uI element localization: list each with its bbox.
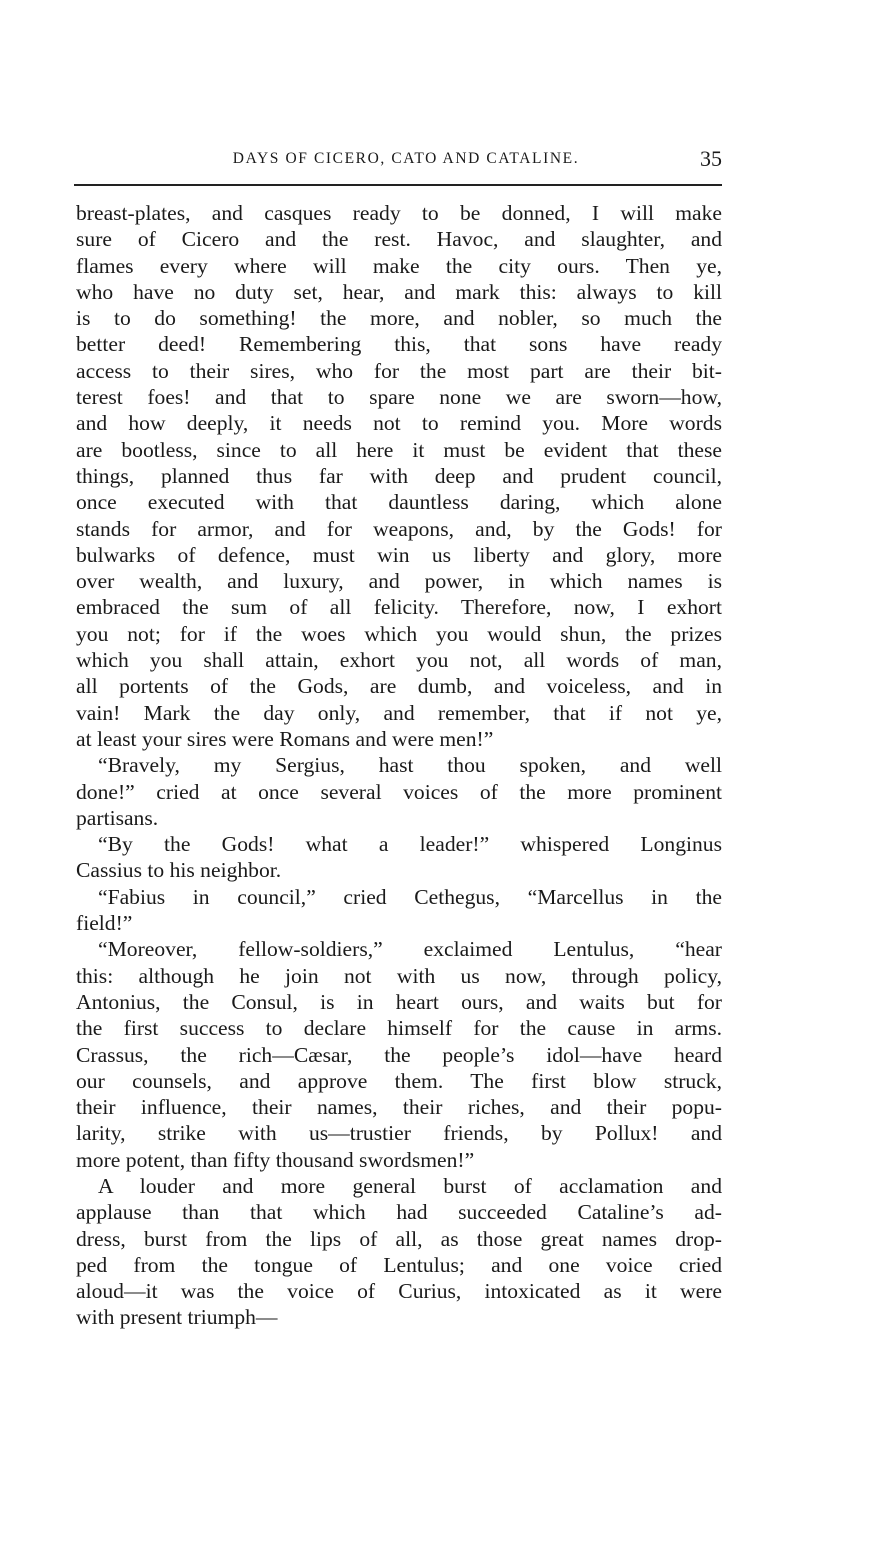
paragraph-bravely: “Bravely, my Sergius, hast thou spoken, … — [76, 752, 722, 831]
text-line: our counsels, and approve them. The firs… — [76, 1068, 722, 1094]
text-line: dress, burst from the lips of all, as th… — [76, 1226, 722, 1252]
text-line: better deed! Remembering this, that sons… — [76, 331, 722, 357]
text-line: access to their sires, who for the most … — [76, 358, 722, 384]
text-line: embraced the sum of all felicity. Theref… — [76, 594, 722, 620]
text-line: stands for armor, and for weapons, and, … — [76, 516, 722, 542]
paragraph-acclamation: A louder and more general burst of accla… — [76, 1173, 722, 1331]
text-line: “By the Gods! what a leader!” whispered … — [76, 831, 722, 857]
text-line: over wealth, and luxury, and power, in w… — [76, 568, 722, 594]
text-line: who have no duty set, hear, and mark thi… — [76, 279, 722, 305]
text-line: bulwarks of defence, must win us liberty… — [76, 542, 722, 568]
paragraph-by-the-gods: “By the Gods! what a leader!” whispered … — [76, 831, 722, 884]
text-line: once executed with that dauntless daring… — [76, 489, 722, 515]
text-line: A louder and more general burst of accla… — [76, 1173, 722, 1199]
text-line: Cassius to his neighbor. — [76, 857, 722, 883]
header-rule — [74, 184, 722, 186]
text-line: larity, strike with us—trustier friends,… — [76, 1120, 722, 1146]
page-number: 35 — [700, 146, 722, 172]
paragraph-fabius: “Fabius in council,” cried Cethegus, “Ma… — [76, 884, 722, 937]
running-title: DAYS OF CICERO, CATO AND CATALINE. — [76, 150, 722, 168]
text-line: all portents of the Gods, are dumb, and … — [76, 673, 722, 699]
text-line: “Bravely, my Sergius, hast thou spoken, … — [76, 752, 722, 778]
text-line: more potent, than fifty thousand swordsm… — [76, 1147, 722, 1173]
text-line: you not; for if the woes which you would… — [76, 621, 722, 647]
text-line: applause than that which had succeeded C… — [76, 1199, 722, 1225]
text-line: vain! Mark the day only, and remember, t… — [76, 700, 722, 726]
text-line: things, planned thus far with deep and p… — [76, 463, 722, 489]
text-line: terest foes! and that to spare none we a… — [76, 384, 722, 410]
text-line: are bootless, since to all here it must … — [76, 437, 722, 463]
book-page: DAYS OF CICERO, CATO AND CATALINE. 35 br… — [76, 146, 722, 1331]
text-line: the first success to declare himself for… — [76, 1015, 722, 1041]
text-line: which you shall attain, exhort you not, … — [76, 647, 722, 673]
text-line: their influence, their names, their rich… — [76, 1094, 722, 1120]
text-line: this: although he join not with us now, … — [76, 963, 722, 989]
text-line: “Moreover, fellow-soldiers,” exclaimed L… — [76, 936, 722, 962]
text-line: partisans. — [76, 805, 722, 831]
text-line: sure of Cicero and the rest. Havoc, and … — [76, 226, 722, 252]
text-line: aloud—it was the voice of Curius, intoxi… — [76, 1278, 722, 1304]
text-line: and how deeply, it needs not to remind y… — [76, 410, 722, 436]
text-line: with present triumph— — [76, 1304, 722, 1330]
paragraph-lentulus: “Moreover, fellow-soldiers,” exclaimed L… — [76, 936, 722, 1173]
running-head: DAYS OF CICERO, CATO AND CATALINE. 35 — [76, 146, 722, 182]
text-line: done!” cried at once several voices of t… — [76, 779, 722, 805]
text-line: Crassus, the rich—Cæsar, the people’s id… — [76, 1042, 722, 1068]
text-line: Antonius, the Consul, is in heart ours, … — [76, 989, 722, 1015]
paragraph-cataline-speech: breast-plates, and casques ready to be d… — [76, 200, 722, 752]
text-line: “Fabius in council,” cried Cethegus, “Ma… — [76, 884, 722, 910]
text-line: ped from the tongue of Lentulus; and one… — [76, 1252, 722, 1278]
body-text: breast-plates, and casques ready to be d… — [76, 200, 722, 1331]
text-line: flames every where will make the city ou… — [76, 253, 722, 279]
text-line: field!” — [76, 910, 722, 936]
text-line: at least your sires were Romans and were… — [76, 726, 722, 752]
text-line: is to do something! the more, and nobler… — [76, 305, 722, 331]
text-line: breast-plates, and casques ready to be d… — [76, 200, 722, 226]
